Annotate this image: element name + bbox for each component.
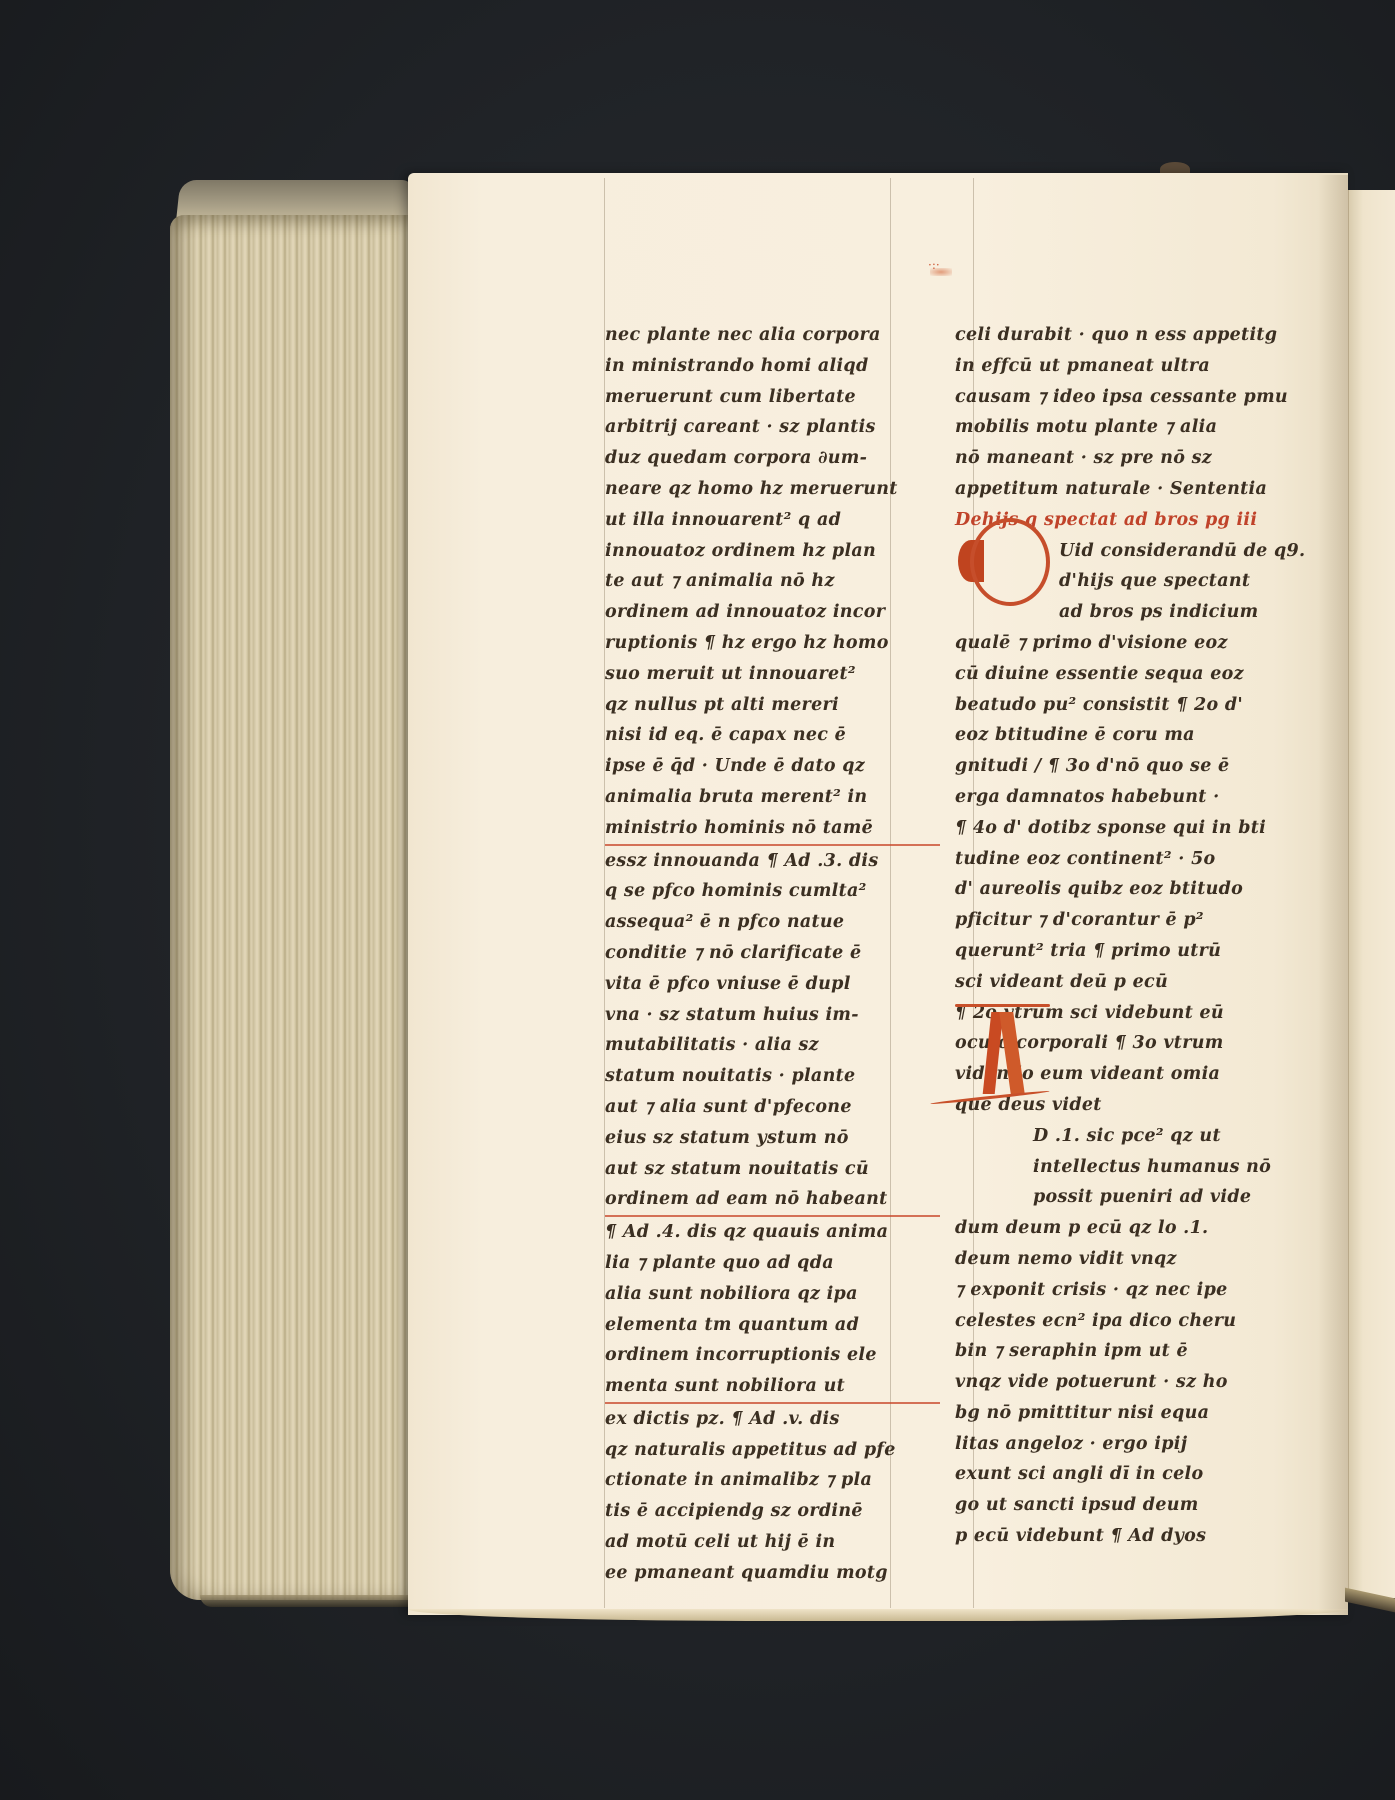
text-line: in effcū ut pmaneat ultra — [955, 351, 1300, 382]
text-line: essz innouanda ¶ Ad .3. dis — [605, 846, 940, 877]
text-line: menta sunt nobiliora ut — [605, 1371, 940, 1404]
text-line: ipse ē q̄d · Unde ē dato qz — [605, 751, 940, 782]
text-line: celi durabit · quo n ess appetitg — [955, 320, 1300, 351]
text-line: aut sz statum nouitatis cū — [605, 1154, 940, 1185]
text-line: elementa tm quantum ad — [605, 1310, 940, 1341]
text-line: conditie ⁊ nō clarificate ē — [605, 938, 940, 969]
text-line: eoz btitudine ē coru ma — [955, 720, 1300, 751]
text-line: aut ⁊ alia sunt d'pfecone — [605, 1092, 940, 1123]
text-line: statum nouitatis · plante — [605, 1061, 940, 1092]
text-line: tudine eoz continent² · 5o — [955, 844, 1300, 875]
text-line: vnqz vide potuerunt · sz ho — [955, 1367, 1300, 1398]
text-line: eius sz statum ystum nō — [605, 1123, 940, 1154]
text-line: beatudo pu² consistit ¶ 2o d' — [955, 690, 1300, 721]
text-line: pficitur ⁊ d'corantur ē p² — [955, 905, 1300, 936]
text-line: ad motū celi ut hij ē in — [605, 1527, 940, 1558]
text-line: ordinem incorruptionis ele — [605, 1340, 940, 1371]
text-line: d' aureolis quibz eoz btitudo — [955, 874, 1300, 905]
text-line: erga damnatos habebunt · — [955, 782, 1300, 813]
text-line: intellectus humanus nō — [955, 1152, 1300, 1183]
text-line: alia sunt nobiliora qz ipa — [605, 1279, 940, 1310]
left-text-column: nec plante nec alia corpora in ministran… — [605, 320, 940, 1589]
text-line: mobilis motu plante ⁊ alia — [955, 412, 1300, 443]
text-line: ⁊ exponit crisis · qz nec ipe — [955, 1275, 1300, 1306]
text-line: go ut sancti ipsud deum — [955, 1490, 1300, 1521]
text-line: cū diuine essentie sequa eoz — [955, 659, 1300, 690]
text-line: possit pueniri ad vide — [955, 1182, 1300, 1213]
text-line: ¶ 4o d' dotibz sponse qui in bti — [955, 813, 1300, 844]
text-line: dum deum p ecū qz lo .1. — [955, 1213, 1300, 1244]
text-line: animalia bruta merent² in — [605, 782, 940, 813]
text-line: meruerunt cum libertate — [605, 382, 940, 413]
text-line: assequa² ē n pfco natue — [605, 907, 940, 938]
text-line: celestes ecn² ipa dico cheru — [955, 1306, 1300, 1337]
text-line: ruptionis ¶ hz ergo hz homo — [605, 628, 940, 659]
text-line: suo meruit ut innouaret² — [605, 659, 940, 690]
text-line: nec plante nec alia corpora — [605, 320, 940, 351]
text-line: duz quedam corpora ∂um- — [605, 443, 940, 474]
text-line: tis ē accipiendg sz ordinē — [605, 1496, 940, 1527]
text-line: querunt² tria ¶ primo utrū — [955, 936, 1300, 967]
initial-q-bowl — [970, 518, 1050, 606]
text-line: ee pmaneant quamdiu motg — [605, 1558, 940, 1589]
text-line: p ecū videbunt ¶ Ad dyos — [955, 1521, 1300, 1552]
text-line: qz nullus pt alti mereri — [605, 690, 940, 721]
text-line: vna · sz statum huius im- — [605, 1000, 940, 1031]
text-line: appetitum naturale · Sententia — [955, 474, 1300, 505]
text-line: ordinem ad innouatoz incor — [605, 597, 940, 628]
text-block-fore-edge — [170, 215, 410, 1600]
text-line: bin ⁊ seraphin ipm ut ē — [955, 1336, 1300, 1367]
text-line: ex dictis pz. ¶ Ad .v. dis — [605, 1404, 940, 1435]
text-line: nisi id eq. ē capax nec ē — [605, 720, 940, 751]
text-line: bg nō pmittitur nisi equa — [955, 1398, 1300, 1429]
red-initial-a — [965, 1000, 1035, 1110]
text-line: lia ⁊ plante quo ad qda — [605, 1248, 940, 1279]
text-line: neare qz homo hz meruerunt — [605, 474, 940, 505]
initial-a-bar — [955, 1004, 1050, 1007]
text-line: deum nemo vidit vnqz — [955, 1244, 1300, 1275]
text-line: ctionate in animalibz ⁊ pla — [605, 1465, 940, 1496]
initial-a-right-stroke — [999, 1012, 1025, 1094]
text-line: sci videant deū p ecū — [955, 967, 1300, 998]
text-line: ut illa innouarent² q ad — [605, 505, 940, 536]
text-line: ministrio hominis nō tamē — [605, 813, 940, 846]
text-line: mutabilitatis · alia sz — [605, 1030, 940, 1061]
binding-bottom-edge — [200, 1595, 420, 1607]
text-line: exunt sci angli dī in celo — [955, 1459, 1300, 1490]
text-line: arbitrij careant · sz plantis — [605, 412, 940, 443]
recto-page-edge — [1348, 190, 1395, 1598]
text-line: gnitudi / ¶ 3o d'nō quo se ē — [955, 751, 1300, 782]
text-line: q se pfco hominis cumlta² — [605, 876, 940, 907]
red-initial-q — [958, 514, 1054, 602]
right-text-column: celi durabit · quo n ess appetitg in eff… — [955, 320, 1300, 1552]
text-line: nō maneant · sz pre nō sz — [955, 443, 1300, 474]
text-line: te aut ⁊ animalia nō hz — [605, 566, 940, 597]
text-line: D .1. sic pce² qz ut — [955, 1121, 1300, 1152]
text-line: ¶ Ad .4. dis qz quauis anima — [605, 1217, 940, 1248]
gutter-shadow — [1318, 175, 1348, 1615]
text-line: litas angeloz · ergo ipij — [955, 1429, 1300, 1460]
text-line: causam ⁊ ideo ipsa cessante pmu — [955, 382, 1300, 413]
text-line: in ministrando homi aliqd — [605, 351, 940, 382]
text-line: vita ē pfco vniuse ē dupl — [605, 969, 940, 1000]
top-margin-mark: ·:· — [928, 258, 940, 272]
text-line: qualē ⁊ primo d'visione eoz — [955, 628, 1300, 659]
text-line: qz naturalis appetitus ad pfe — [605, 1435, 940, 1466]
text-line: innouatoz ordinem hz plan — [605, 536, 940, 567]
text-line: ordinem ad eam nō habeant — [605, 1184, 940, 1217]
